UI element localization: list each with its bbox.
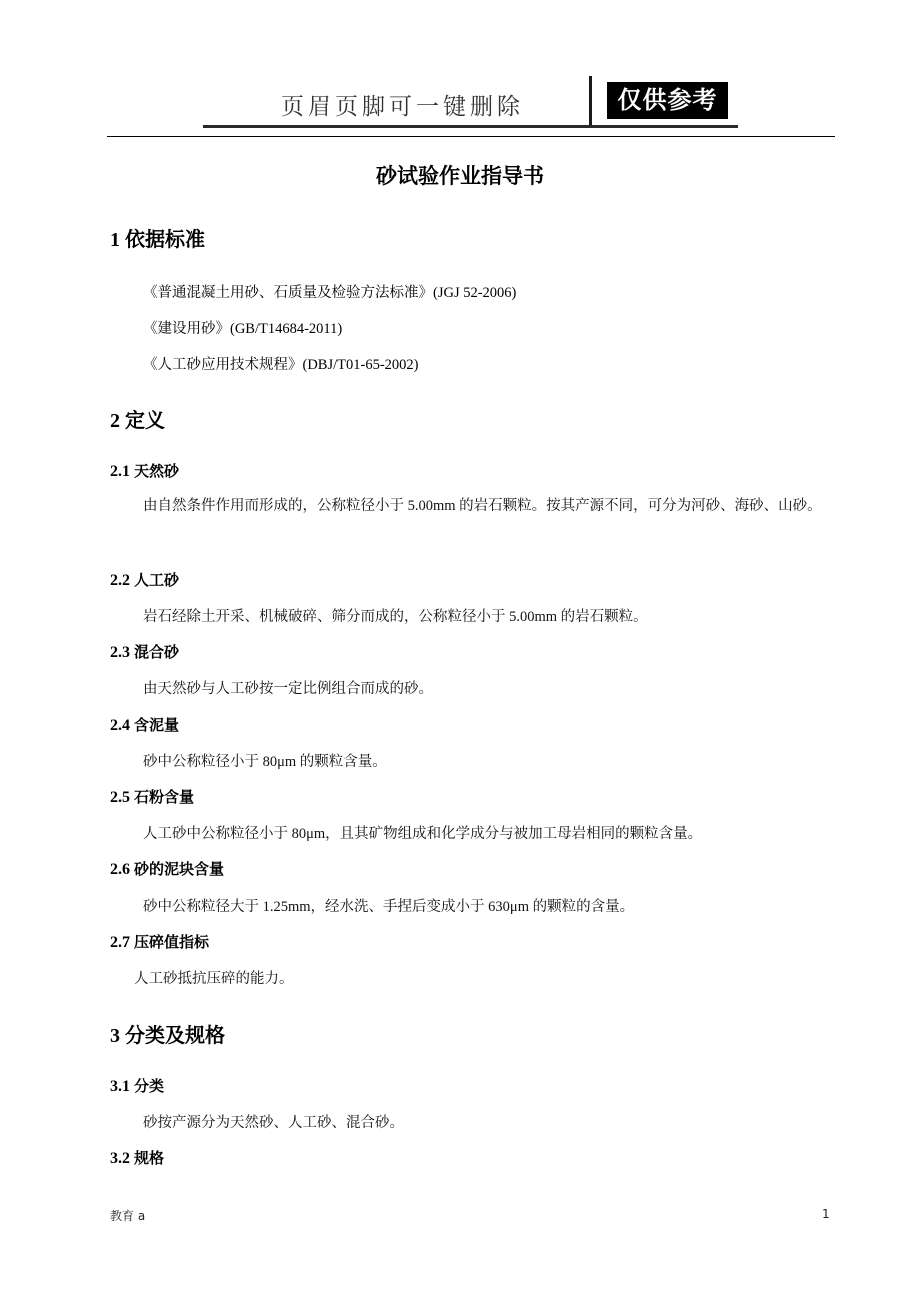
- reference-item: 《建设用砂》(GB/T14684-2011): [143, 317, 342, 338]
- subsection-text: 人工砂中公称粒径小于 80μm，且其矿物组成和化学成分与被加工母岩相同的颗粒含量…: [110, 822, 825, 843]
- subsection-number: 2.6: [110, 861, 130, 878]
- subsection-text: 砂中公称粒径小于 80μm 的颗粒含量。: [110, 750, 825, 771]
- subsection-title: 砂的泥块含量: [134, 860, 224, 878]
- subsection-heading-2-7: 2.7 压碎值指标: [110, 931, 209, 952]
- subsection-heading-2-5: 2.5 石粉含量: [110, 786, 194, 807]
- header-banner-text: 页眉页脚可一键删除: [281, 88, 524, 121]
- subsection-number: 3.1: [110, 1078, 130, 1095]
- header-banner: 页眉页脚可一键删除 仅供参考: [203, 76, 738, 128]
- subsection-heading-3-2: 3.2 规格: [110, 1147, 164, 1168]
- section-title: 分类及规格: [125, 1023, 225, 1047]
- subsection-title: 含泥量: [134, 716, 179, 734]
- subsection-title: 分类: [134, 1077, 164, 1095]
- subsection-text: 由自然条件作用而形成的，公称粒径小于 5.00mm 的岩石颗粒。按其产源不同，可…: [110, 488, 825, 524]
- footer-text: 教育 a: [110, 1207, 145, 1224]
- reference-item: 《人工砂应用技术规程》(DBJ/T01-65-2002): [143, 353, 419, 374]
- subsection-title: 人工砂: [134, 571, 179, 589]
- subsection-number: 2.4: [110, 717, 130, 734]
- subsection-text: 人工砂抵抗压碎的能力。: [110, 967, 825, 988]
- document-title: 砂试验作业指导书: [0, 160, 920, 190]
- subsection-number: 2.3: [110, 644, 130, 661]
- subsection-text: 砂按产源分为天然砂、人工砂、混合砂。: [110, 1111, 825, 1132]
- subsection-title: 石粉含量: [134, 788, 194, 806]
- section-number: 2: [110, 410, 120, 432]
- subsection-number: 2.5: [110, 789, 130, 806]
- section-title: 依据标准: [125, 227, 205, 251]
- section-title: 定义: [125, 408, 165, 432]
- section-heading-3: 3 分类及规格: [110, 1019, 225, 1048]
- header-underline: [203, 125, 738, 128]
- subsection-text: 岩石经除土开采、机械破碎、筛分而成的，公称粒径小于 5.00mm 的岩石颗粒。: [110, 605, 825, 626]
- page-number: 1: [822, 1207, 830, 1221]
- subsection-number: 2.1: [110, 463, 130, 480]
- reference-item: 《普通混凝土用砂、石质量及检验方法标准》(JGJ 52-2006): [143, 281, 516, 302]
- subsection-title: 压碎值指标: [134, 933, 209, 951]
- subsection-text: 由天然砂与人工砂按一定比例组合而成的砂。: [110, 677, 825, 698]
- subsection-title: 天然砂: [134, 462, 179, 480]
- subsection-number: 3.2: [110, 1150, 130, 1167]
- header-rule: [107, 136, 835, 137]
- subsection-title: 混合砂: [134, 643, 179, 661]
- section-number: 1: [110, 229, 120, 251]
- subsection-text: 砂中公称粒径大于 1.25mm，经水洗、手捏后变成小于 630μm 的颗粒的含量…: [110, 895, 825, 916]
- header-divider: [589, 76, 592, 126]
- subsection-heading-2-4: 2.4 含泥量: [110, 714, 179, 735]
- subsection-heading-2-6: 2.6 砂的泥块含量: [110, 858, 224, 879]
- reference-only-badge: 仅供参考: [607, 82, 728, 119]
- subsection-heading-2-3: 2.3 混合砂: [110, 641, 179, 662]
- section-heading-1: 1 依据标准: [110, 223, 205, 252]
- subsection-heading-3-1: 3.1 分类: [110, 1075, 164, 1096]
- document-page: 页眉页脚可一键删除 仅供参考 砂试验作业指导书 1 依据标准 《普通混凝土用砂、…: [0, 0, 920, 1302]
- subsection-heading-2-2: 2.2 人工砂: [110, 569, 179, 590]
- section-number: 3: [110, 1025, 120, 1047]
- subsection-number: 2.7: [110, 934, 130, 951]
- subsection-heading-2-1: 2.1 天然砂: [110, 460, 179, 481]
- subsection-title: 规格: [134, 1149, 164, 1167]
- section-heading-2: 2 定义: [110, 404, 165, 433]
- subsection-number: 2.2: [110, 572, 130, 589]
